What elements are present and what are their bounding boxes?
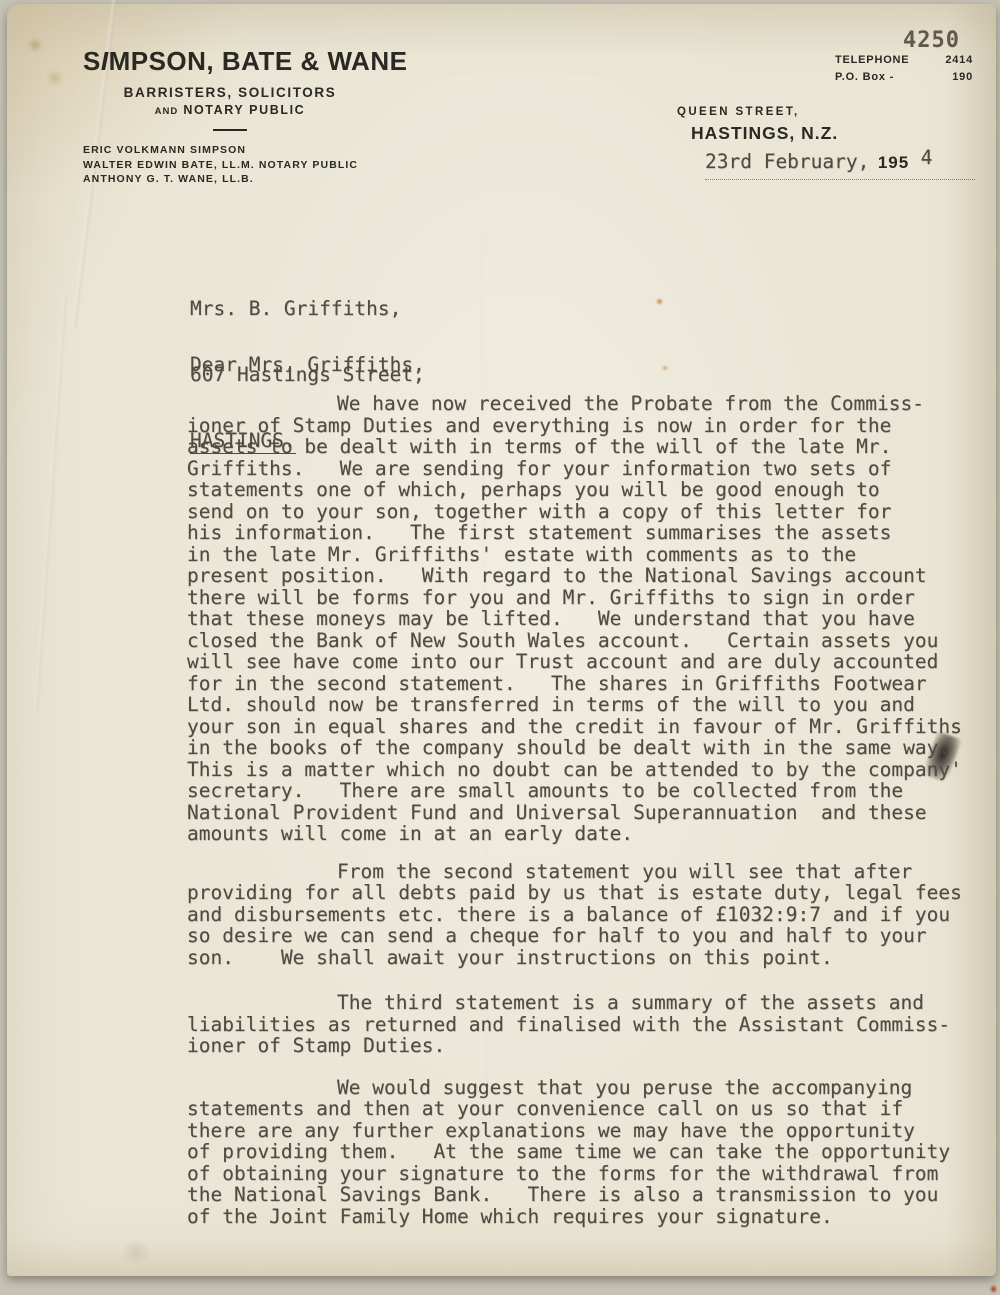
letter-line: so desire we can send a cheque for half …: [187, 925, 992, 947]
partners-list: ERIC VOLKMANN SIMPSONWALTER EDWIN BATE, …: [83, 143, 377, 187]
paper-crease: [34, 294, 66, 713]
letter-paper: SIMPSON, BATE & WANE BARRISTERS, SOLICIT…: [7, 4, 996, 1276]
letter-line: his information. The first statement sum…: [187, 522, 992, 544]
letter-line: in the late Mr. Griffiths' estate with c…: [187, 544, 992, 566]
firm-subtitle-line1: BARRISTERS, SOLICITORS: [83, 85, 377, 100]
office-city: HASTINGS, N.Z.: [691, 123, 838, 144]
letter-line: son. We shall await your instructions on…: [187, 947, 992, 969]
po-box-number: 190: [952, 71, 973, 83]
date-printed-year: 195: [878, 153, 909, 172]
letter-line: closed the Bank of New South Wales accou…: [187, 630, 992, 652]
firm-name-pre: S: [83, 46, 101, 76]
letter-line: present position. With regard to the Nat…: [187, 565, 992, 587]
letter-line: statements one of which, perhaps you wil…: [187, 479, 992, 501]
salutation: Dear Mrs. Griffiths,: [190, 353, 425, 376]
date-line: 23rd February, 195 4: [705, 150, 975, 180]
letter-line: and disbursements etc. there is a balanc…: [187, 904, 992, 926]
letter-line: there are any further explanations we ma…: [187, 1120, 992, 1142]
letter-line: there will be forms for you and Mr. Grif…: [187, 587, 992, 609]
office-address: QUEEN STREET, HASTINGS, N.Z.: [677, 106, 838, 144]
letter-line: ioner of Stamp Duties and everything is …: [187, 415, 992, 437]
ref-number: 4250: [903, 28, 960, 53]
partner-name: ANTHONY G. T. WANE, LL.B.: [83, 172, 377, 187]
letter-line: assets to be dealt with in terms of the …: [187, 436, 992, 458]
letter-line: Ltd. should now be transferred in terms …: [187, 694, 992, 716]
letter-line: your son in equal shares and the credit …: [187, 716, 992, 738]
letter-line: that these moneys may be lifted. We unde…: [187, 608, 992, 630]
telephone-row: TELEPHONE 2414: [835, 54, 973, 66]
letter-line: of obtaining your signature to the forms…: [187, 1163, 992, 1185]
paper-stain: [119, 1242, 153, 1262]
recipient-name: Mrs. B. Griffiths,: [190, 298, 425, 320]
letter-line: This is a matter which no doubt can be a…: [187, 759, 992, 781]
firm-name-post: MPSON, BATE & WANE: [109, 46, 408, 76]
partner-name: WALTER EDWIN BATE, LL.M. NOTARY PUBLIC: [83, 158, 377, 173]
subtitle-and: AND: [155, 106, 179, 117]
letter-paragraph: We would suggest that you peruse the acc…: [187, 1077, 992, 1228]
firm-name-slanted-i: I: [101, 46, 109, 76]
paper-stain: [663, 366, 667, 370]
letter-line: will see have come into our Trust accoun…: [187, 651, 992, 673]
letter-paragraph: We have now received the Probate from th…: [187, 393, 992, 845]
letter-line: of providing them. At the same time we c…: [187, 1141, 992, 1163]
letter-line: the National Savings Bank. There is also…: [187, 1184, 992, 1206]
firm-name: SIMPSON, BATE & WANE: [83, 46, 377, 77]
letter-line: providing for all debts paid by us that …: [187, 882, 992, 904]
po-box-row: P.O. Box - 190: [835, 71, 973, 83]
letter-line: From the second statement you will see t…: [187, 861, 992, 883]
letter-line: send on to your son, together with a cop…: [187, 501, 992, 523]
letter-line: of the Joint Family Home which requires …: [187, 1206, 992, 1228]
contact-block: TELEPHONE 2414 P.O. Box - 190: [835, 54, 973, 88]
letter-line: National Provident Fund and Universal Su…: [187, 802, 992, 824]
letterhead-rule: [213, 129, 247, 131]
letter-paragraph: The third statement is a summary of the …: [187, 992, 992, 1057]
telephone-number: 2414: [945, 54, 973, 66]
letter-line: secretary. There are small amounts to be…: [187, 780, 992, 802]
letter-paragraph: From the second statement you will see t…: [187, 861, 992, 969]
po-box-label: P.O. Box -: [835, 71, 894, 83]
letter-line: ioner of Stamp Duties.: [187, 1035, 992, 1057]
letter-line: in the books of the company should be de…: [187, 737, 992, 759]
office-street: QUEEN STREET,: [677, 106, 838, 118]
paper-stain: [45, 70, 65, 86]
subtitle-notary: NOTARY PUBLIC: [183, 103, 305, 117]
paper-stain: [27, 38, 43, 52]
firm-subtitle-line2: AND NOTARY PUBLIC: [83, 103, 377, 117]
letter-line: Griffiths. We are sending for your infor…: [187, 458, 992, 480]
date-typed: 23rd February,: [705, 150, 869, 173]
letterhead-left: SIMPSON, BATE & WANE BARRISTERS, SOLICIT…: [83, 46, 377, 187]
telephone-label: TELEPHONE: [835, 54, 909, 66]
paper-stain: [991, 1286, 996, 1292]
letter-line: We would suggest that you peruse the acc…: [187, 1077, 992, 1099]
letter-line: amounts will come in at an early date.: [187, 823, 992, 845]
partner-name: ERIC VOLKMANN SIMPSON: [83, 143, 377, 158]
letter-line: for in the second statement. The shares …: [187, 673, 992, 695]
letter-line: We have now received the Probate from th…: [187, 393, 992, 415]
letter-body: We have now received the Probate from th…: [187, 393, 992, 1227]
date-typed-digit: 4: [921, 146, 933, 169]
letter-line: statements and then at your convenience …: [187, 1098, 992, 1120]
letter-line: liabilities as returned and finalised wi…: [187, 1014, 992, 1036]
paper-stain: [657, 299, 662, 304]
letter-line: The third statement is a summary of the …: [187, 992, 992, 1014]
